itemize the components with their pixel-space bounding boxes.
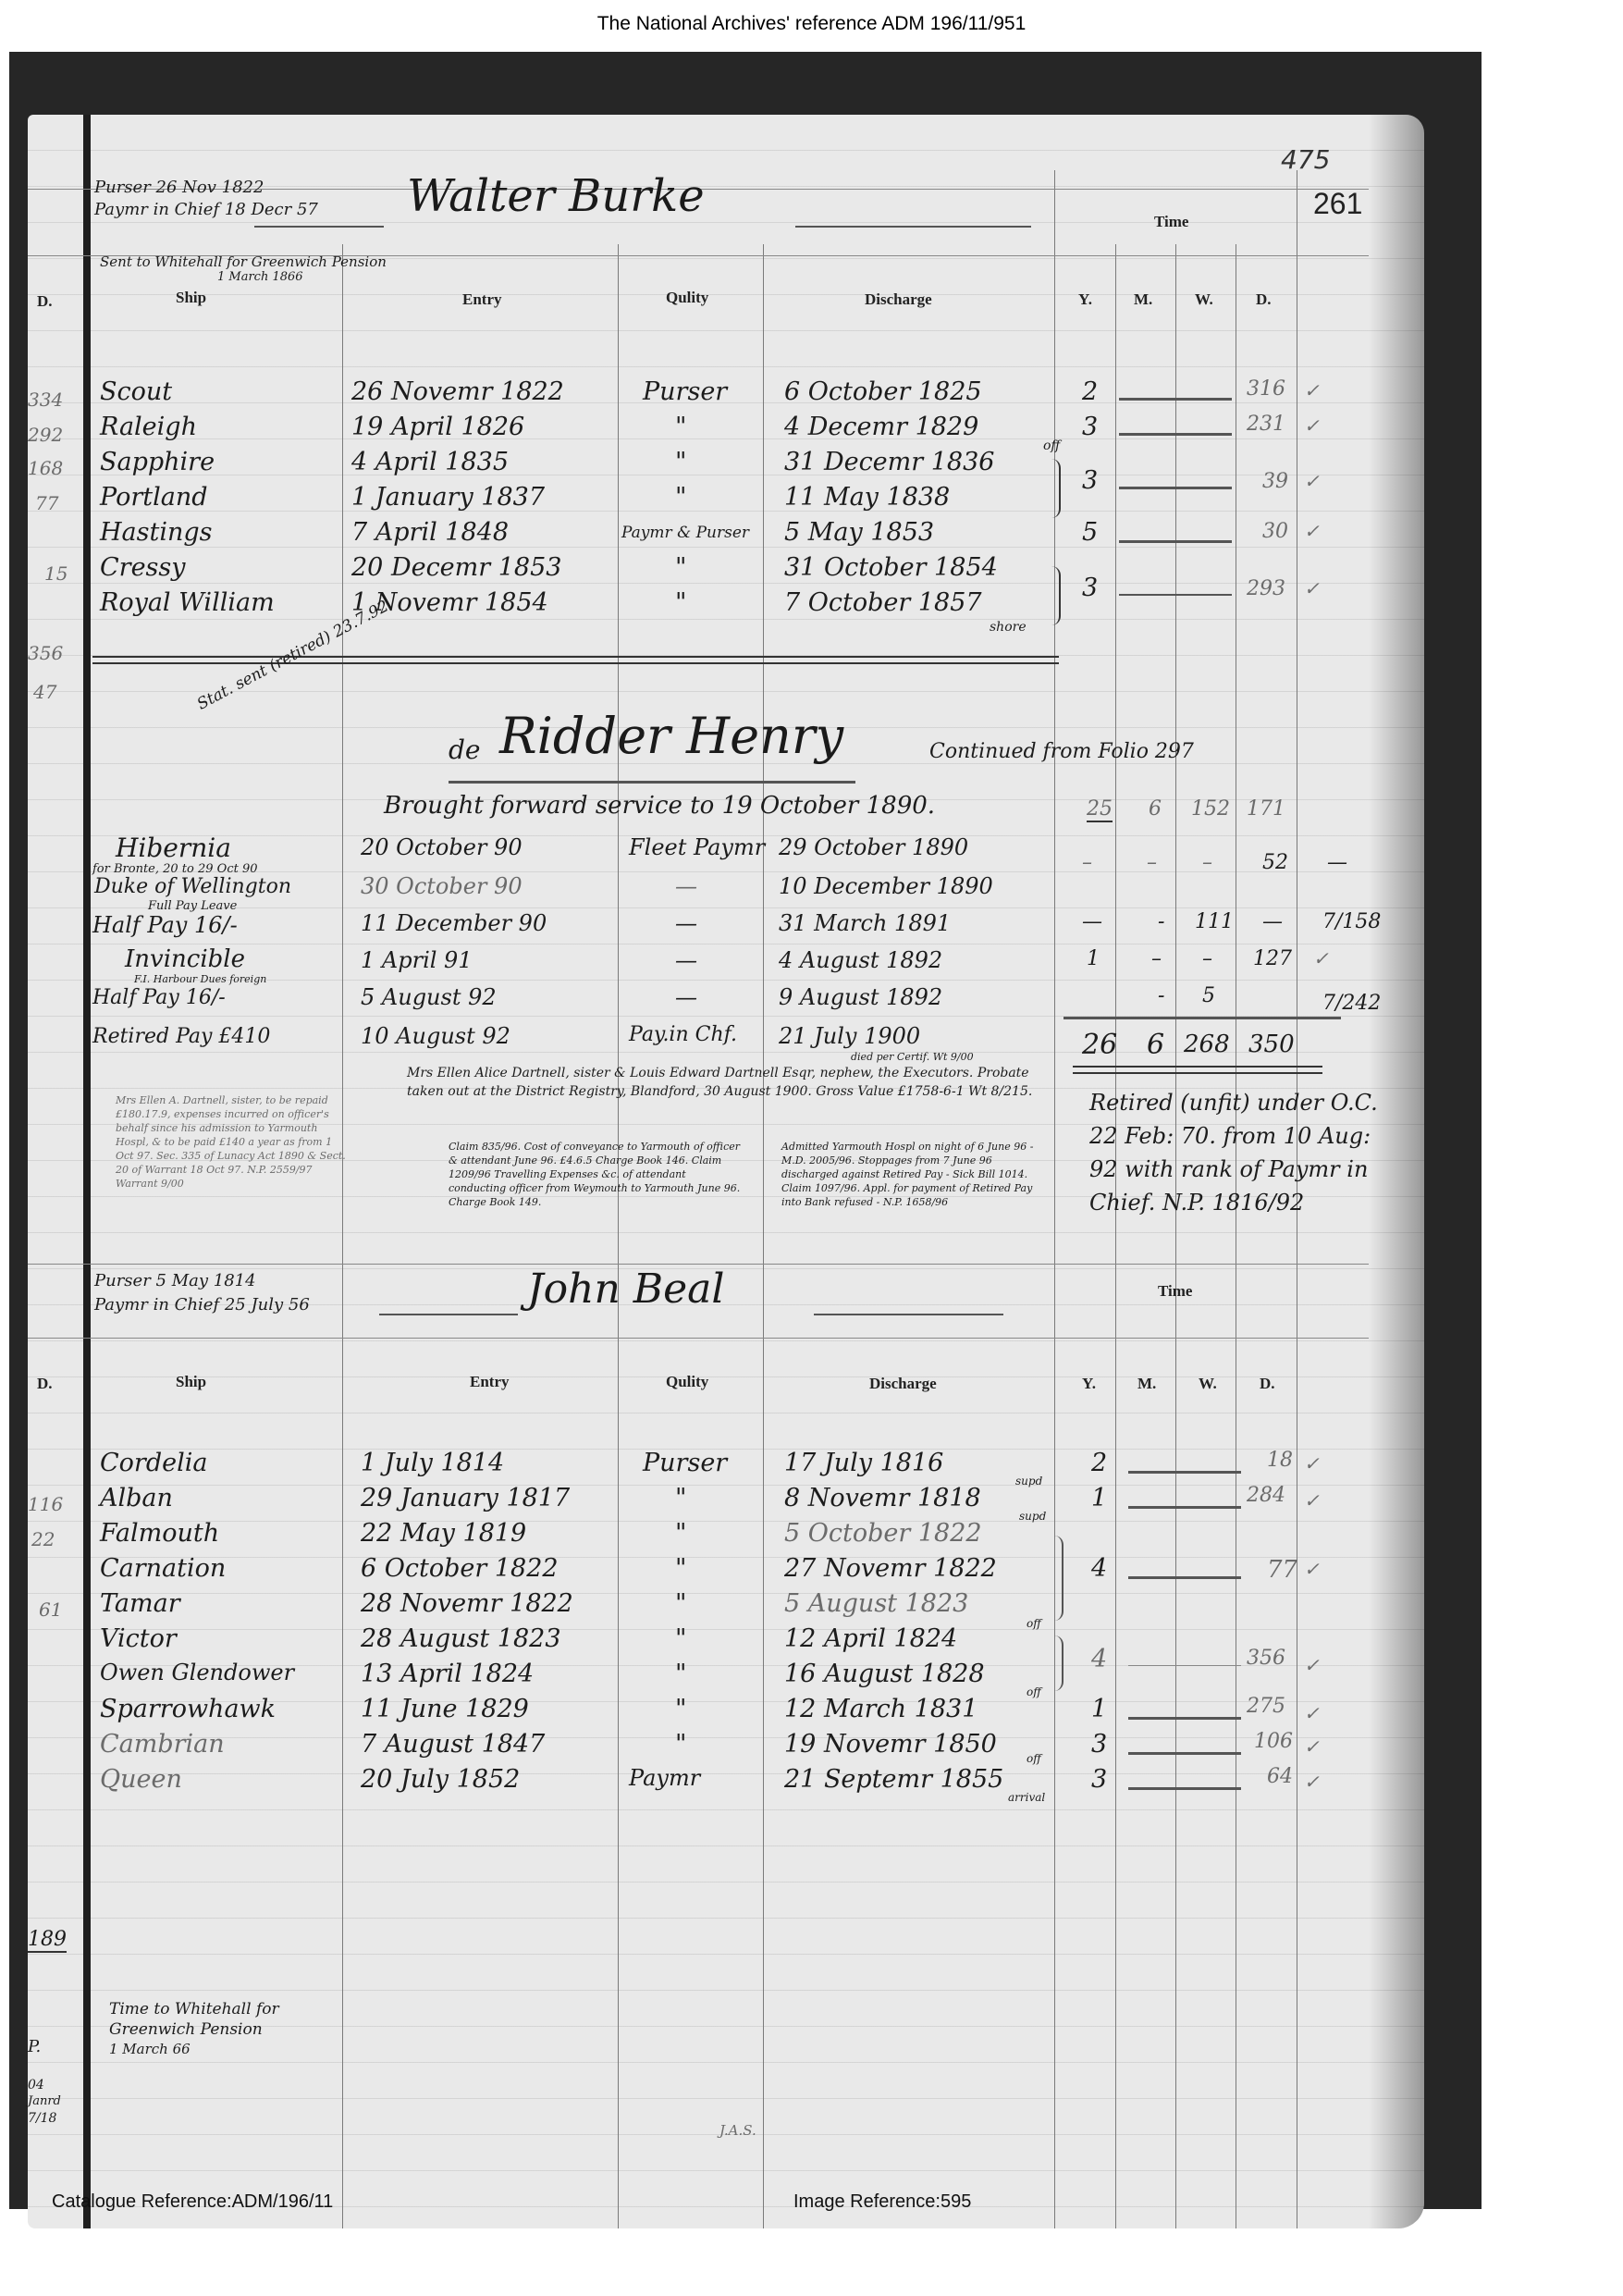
discharge-date: 11 May 1838 xyxy=(784,483,950,512)
entry-date: 20 July 1852 xyxy=(361,1765,520,1794)
discharge-date: 4 Decemr 1829 xyxy=(784,413,978,441)
dash-rule xyxy=(1119,540,1232,543)
continued-from-note: Continued from Folio 297 xyxy=(929,740,1194,763)
header-m: M. xyxy=(1134,290,1152,309)
discharge-date: 8 Novemr 1818 xyxy=(784,1484,981,1512)
ship-name: Victor xyxy=(100,1624,177,1653)
quality: Fleet Paymr xyxy=(629,834,765,860)
brought-forward-months: 6 xyxy=(1149,797,1162,821)
column-divider-quality-discharge xyxy=(763,244,764,2228)
ship-name: Falmouth xyxy=(100,1519,219,1548)
discharge-date: 21 Septemr 1855 xyxy=(784,1765,1003,1794)
header-ship: Ship xyxy=(176,289,206,307)
entry-date: 5 August 92 xyxy=(361,984,497,1010)
years: 3 xyxy=(1091,1730,1107,1759)
margin-note: 04 xyxy=(28,2078,44,2092)
header-quality: Qulity xyxy=(666,1373,708,1391)
brought-forward-weeks: 152 xyxy=(1191,797,1230,821)
days: 316 xyxy=(1247,377,1285,401)
dash-rule xyxy=(1128,1471,1241,1474)
dash-rule xyxy=(1119,433,1232,436)
pension-note-line-3: 1 March 66 xyxy=(109,2041,191,2057)
clerk-initials: J.A.S. xyxy=(719,2122,756,2139)
totals-rule xyxy=(1064,1017,1341,1019)
claim-note: Claim 835/96. Cost of conveyance to Yarm… xyxy=(449,1140,744,1209)
check-mark-icon: ✓ xyxy=(1304,379,1320,401)
discharge-date: 16 August 1828 xyxy=(784,1660,985,1688)
extra-mark: 7/158 xyxy=(1322,910,1381,933)
name-underline-left xyxy=(254,226,384,228)
check-mark-icon: ✓ xyxy=(1304,1702,1320,1724)
bracket xyxy=(1052,1536,1064,1621)
entry-date: 1 July 1814 xyxy=(361,1449,504,1477)
section1-side-note-1: Purser 26 Nov 1822 xyxy=(94,178,264,197)
quality: Purser xyxy=(643,1449,727,1477)
discharge-date: 21 July 1900 xyxy=(779,1023,920,1049)
discharge-date: 12 March 1831 xyxy=(784,1695,977,1723)
ship-name: Royal William xyxy=(100,588,275,617)
header-ship: Ship xyxy=(176,1373,206,1391)
years: 3 xyxy=(1091,1765,1107,1794)
header-w: W. xyxy=(1199,1375,1217,1393)
months: - xyxy=(1158,910,1164,933)
section2-end-rule xyxy=(28,1264,1369,1265)
years: 4 xyxy=(1091,1645,1107,1673)
days: 18 xyxy=(1267,1449,1293,1472)
quality: Purser xyxy=(643,377,727,406)
total-weeks: 268 xyxy=(1184,1031,1230,1058)
dash-rule xyxy=(1128,1717,1241,1720)
quality-ditto: " xyxy=(675,413,686,441)
discharge-date: 7 October 1857 xyxy=(784,588,982,617)
header-quality: Qulity xyxy=(666,289,708,307)
bracket xyxy=(1052,1636,1064,1691)
dash-rule xyxy=(1128,1506,1241,1509)
ship-name: Sapphire xyxy=(100,448,215,476)
discharge-date: 17 July 1816 xyxy=(784,1449,943,1477)
section3-side-note-1: Purser 5 May 1814 xyxy=(94,1271,256,1290)
days: — xyxy=(1262,910,1283,933)
quality: Paymr & Purser xyxy=(621,524,749,542)
years: 2 xyxy=(1091,1449,1107,1477)
discharge-note: supd xyxy=(1019,1510,1046,1523)
ship-name: Tamar xyxy=(100,1589,180,1618)
section1-end-rule xyxy=(92,656,1059,664)
header-y: Y. xyxy=(1082,1375,1096,1393)
ship-sub-note: Full Pay Leave xyxy=(148,899,237,913)
check-mark-icon: ✓ xyxy=(1304,577,1320,599)
days: 284 xyxy=(1247,1484,1285,1507)
weeks: – xyxy=(1202,851,1212,874)
margin-number: 22 xyxy=(31,1528,55,1550)
entry-date: 19 April 1826 xyxy=(351,413,524,441)
folio-number: 475 xyxy=(1281,144,1330,175)
scanned-ledger-page: 475 261 Purser 26 Nov 1822 Paymr in Chie… xyxy=(9,52,1482,2209)
ship-name: Half Pay 16/- xyxy=(92,986,226,1009)
ledger-sheet: 475 261 Purser 26 Nov 1822 Paymr in Chie… xyxy=(28,115,1424,2228)
time-header: Time xyxy=(1158,1282,1192,1301)
years: 5 xyxy=(1082,518,1098,547)
quality-ditto: " xyxy=(675,1660,686,1688)
image-reference: Image Reference:595 xyxy=(793,2191,971,2213)
header-d: D. xyxy=(1260,1375,1275,1393)
quality-ditto: — xyxy=(675,984,697,1010)
brought-forward-text: Brought forward service to 19 October 18… xyxy=(384,792,935,820)
pension-note-line-2: Greenwich Pension xyxy=(109,2020,263,2039)
dash-rule xyxy=(1128,1665,1241,1666)
section3-officer-name: John Beal xyxy=(527,1265,724,1313)
margin-number: 61 xyxy=(39,1599,62,1621)
entry-date: 6 October 1822 xyxy=(361,1554,559,1583)
ship-name: Half Pay 16/- xyxy=(92,912,238,938)
bracket xyxy=(1050,566,1061,625)
name-underline-left xyxy=(379,1314,518,1315)
column-divider-w-d xyxy=(1236,244,1236,2228)
brought-forward-days: 171 xyxy=(1247,797,1285,821)
dash-rule xyxy=(1128,1576,1241,1579)
dash-rule xyxy=(1119,594,1232,596)
quality: Pay.in Chf. xyxy=(629,1023,737,1046)
entry-date: 1 April 91 xyxy=(361,947,473,973)
dash-rule xyxy=(1128,1752,1241,1755)
entry-date: 1 January 1837 xyxy=(351,483,545,512)
binding-edge xyxy=(83,115,91,2228)
probate-note: Mrs Ellen Alice Dartnell, sister & Louis… xyxy=(407,1064,1045,1101)
years: 1 xyxy=(1091,1484,1107,1512)
section1-header-note-2: 1 March 1866 xyxy=(217,270,303,284)
entry-date: 11 December 90 xyxy=(361,910,547,936)
name-underline-right xyxy=(814,1314,1003,1315)
weeks: – xyxy=(1202,947,1212,970)
hospital-note: Admitted Yarmouth Hospl on night of 6 Ju… xyxy=(781,1140,1040,1209)
extra-mark: 7/242 xyxy=(1322,992,1381,1015)
check-mark-icon: ✓ xyxy=(1304,520,1320,542)
discharge-date: 31 October 1854 xyxy=(784,553,998,582)
entry-date: 29 January 1817 xyxy=(361,1484,570,1512)
days: 64 xyxy=(1267,1765,1293,1788)
check-mark-icon: ✓ xyxy=(1304,1735,1320,1758)
entry-date: 30 October 90 xyxy=(361,873,523,899)
quality-ditto: " xyxy=(675,483,686,512)
repayment-note: Mrs Ellen A. Dartnell, sister, to be rep… xyxy=(116,1093,347,1191)
ship-name: Raleigh xyxy=(100,413,197,441)
discharge-date: 31 March 1891 xyxy=(779,910,951,936)
bracket xyxy=(1050,459,1061,518)
ship-name: Alban xyxy=(100,1484,173,1512)
total-months: 6 xyxy=(1147,1029,1164,1061)
discharge-note: off xyxy=(1043,438,1060,453)
header-w: W. xyxy=(1195,290,1213,309)
header-entry: Entry xyxy=(462,290,502,309)
years: 1 xyxy=(1091,1695,1107,1723)
section1-officer-name: Walter Burke xyxy=(407,170,705,222)
header-discharge: Discharge xyxy=(865,290,932,309)
margin-number: 77 xyxy=(35,492,58,514)
quality-ditto: " xyxy=(675,1695,686,1723)
entry-date: 26 Novemr 1822 xyxy=(351,377,564,406)
column-divider-ship-entry xyxy=(342,244,343,2228)
ship-name: Retired Pay £410 xyxy=(92,1025,270,1048)
discharge-date: 10 December 1890 xyxy=(779,873,993,899)
days: 106 xyxy=(1254,1730,1293,1753)
days: 39 xyxy=(1262,470,1288,493)
years: 3 xyxy=(1082,413,1098,441)
discharge-note: off xyxy=(1027,1685,1041,1698)
check-mark-icon: ✓ xyxy=(1304,414,1320,437)
weeks: 5 xyxy=(1202,984,1215,1007)
margin-number: 292 xyxy=(28,424,63,446)
margin-number: 189 xyxy=(28,1928,67,1953)
months: - xyxy=(1158,984,1164,1007)
ship-sub-note: F.I. Harbour Dues foreign xyxy=(134,973,266,985)
ship-name: Sparrowhawk xyxy=(100,1695,276,1723)
entry-date: 20 October 90 xyxy=(361,834,523,860)
section2-officer-name: Ridder Henry xyxy=(499,707,843,765)
discharge-date: 19 Novemr 1850 xyxy=(784,1730,997,1759)
ship-name: Hastings xyxy=(100,518,213,547)
margin-number: 116 xyxy=(28,1493,63,1515)
ship-name: Hibernia xyxy=(116,833,231,863)
section1-side-note-2: Paymr in Chief 18 Decr 57 xyxy=(94,200,318,219)
ship-name: Cressy xyxy=(100,553,186,582)
column-divider-entry-quality xyxy=(618,244,619,2228)
weeks: 111 xyxy=(1195,910,1234,933)
quality-ditto: " xyxy=(675,1484,686,1512)
column-divider-y-m xyxy=(1115,244,1116,2228)
quality-ditto: " xyxy=(675,1519,686,1548)
check-mark-icon: ✓ xyxy=(1304,470,1320,492)
margin-number: 47 xyxy=(33,681,56,703)
entry-date: 10 August 92 xyxy=(361,1023,510,1049)
header-discharge: Discharge xyxy=(869,1375,937,1393)
ship-name: Queen xyxy=(100,1765,182,1794)
years: — xyxy=(1082,910,1102,933)
check-mark-icon: ✓ xyxy=(1304,1654,1320,1676)
time-header: Time xyxy=(1154,213,1188,231)
entry-date: 11 June 1829 xyxy=(361,1695,529,1723)
pension-note-line-1: Time to Whitehall for xyxy=(109,2000,279,2018)
days: 231 xyxy=(1247,413,1285,436)
days: 77 xyxy=(1267,1556,1297,1584)
discharge-date: 31 Decemr 1836 xyxy=(784,448,994,476)
quality-ditto: " xyxy=(675,1589,686,1618)
catalogue-reference: Catalogue Reference:ADM/196/11 xyxy=(52,2191,333,2213)
discharge-date: 4 August 1892 xyxy=(779,947,942,973)
years: – xyxy=(1082,851,1092,874)
ship-name: Portland xyxy=(100,483,208,512)
years: 3 xyxy=(1082,574,1098,602)
years: 3 xyxy=(1082,466,1098,495)
totals-double-rule xyxy=(1073,1066,1322,1074)
months: – xyxy=(1151,947,1162,970)
discharge-date: 5 August 1823 xyxy=(784,1589,968,1618)
quality-ditto: " xyxy=(675,588,686,617)
ship-name: Duke of Wellington xyxy=(94,875,291,898)
check-mark-icon: ✓ xyxy=(1304,1558,1320,1580)
check-mark-icon: ✓ xyxy=(1304,1489,1320,1512)
discharge-note: off xyxy=(1027,1752,1041,1765)
ship-name: Owen Glendower xyxy=(100,1660,294,1685)
name-underline-right xyxy=(795,226,1031,228)
header-d-left: D. xyxy=(37,1375,53,1393)
ship-name: Cordelia xyxy=(100,1449,207,1477)
days: 52 xyxy=(1262,851,1288,874)
ship-name: Carnation xyxy=(100,1554,226,1583)
section3-header-rule xyxy=(28,1338,1369,1339)
death-note: died per Certif. Wt 9/00 xyxy=(851,1051,974,1063)
quality: Paymr xyxy=(629,1765,700,1791)
total-days: 350 xyxy=(1248,1031,1295,1058)
margin-note: P. xyxy=(28,2037,41,2056)
discharge-date: 27 Novemr 1822 xyxy=(784,1554,997,1583)
entry-date: 28 August 1823 xyxy=(361,1624,561,1653)
header-d: D. xyxy=(1256,290,1272,309)
check-mark-icon: ✓ xyxy=(1304,1771,1320,1793)
entry-date: 7 April 1848 xyxy=(351,518,509,547)
quality-ditto: " xyxy=(675,448,686,476)
months: – xyxy=(1147,851,1157,874)
days: 127 xyxy=(1253,947,1292,970)
margin-number: 334 xyxy=(28,389,63,411)
years: 1 xyxy=(1087,947,1100,970)
section1-header-note-1: Sent to Whitehall for Greenwich Pension xyxy=(100,253,387,270)
header-d-left: D. xyxy=(37,292,53,311)
years: 2 xyxy=(1082,377,1098,406)
entry-date: 13 April 1824 xyxy=(361,1660,534,1688)
header-entry: Entry xyxy=(470,1373,510,1391)
total-years: 26 xyxy=(1082,1029,1117,1061)
section3-side-note-2: Paymr in Chief 25 July 56 xyxy=(94,1295,310,1315)
entry-date: 4 April 1835 xyxy=(351,448,509,476)
header-m: M. xyxy=(1137,1375,1156,1393)
discharge-note: arrival xyxy=(1008,1791,1045,1804)
discharge-note: shore xyxy=(990,620,1027,635)
margin-note: 7/18 xyxy=(28,2111,56,2126)
quality-ditto: — xyxy=(675,910,697,936)
ship-name: Cambrian xyxy=(100,1730,225,1759)
name-underline xyxy=(449,781,855,784)
retirement-note: Retired (unfit) under O.C. 22 Feb: 70. f… xyxy=(1089,1086,1395,1219)
discharge-note: off xyxy=(1027,1617,1041,1630)
header-y: Y. xyxy=(1078,290,1092,309)
archive-caption: The National Archives' reference ADM 196… xyxy=(0,13,1623,35)
discharge-date: 9 August 1892 xyxy=(779,984,942,1010)
margin-number: 15 xyxy=(44,562,68,585)
quality-ditto: " xyxy=(675,1624,686,1653)
days: 356 xyxy=(1247,1647,1285,1670)
years: 4 xyxy=(1091,1554,1107,1583)
extra-mark: — xyxy=(1327,851,1347,874)
quality-ditto: " xyxy=(675,1730,686,1759)
section2-name-prefix: de xyxy=(449,734,481,765)
ship-name: Scout xyxy=(100,377,172,406)
check-mark-icon: ✓ xyxy=(1313,947,1329,969)
discharge-note: supd xyxy=(1015,1475,1042,1487)
margin-number: 168 xyxy=(28,457,63,479)
discharge-date: 6 October 1825 xyxy=(784,377,982,406)
margin-note: Janrd xyxy=(28,2094,61,2108)
page-number: 261 xyxy=(1313,187,1362,221)
quality-ditto: " xyxy=(675,553,686,582)
ship-sub-note: for Bronte, 20 to 29 Oct 90 xyxy=(92,862,258,876)
days: 293 xyxy=(1247,577,1285,600)
entry-date: 28 Novemr 1822 xyxy=(361,1589,573,1618)
discharge-date: 12 April 1824 xyxy=(784,1624,957,1653)
brought-forward-years: 25 xyxy=(1087,797,1113,822)
quality-ditto: " xyxy=(675,1554,686,1583)
margin-number: 356 xyxy=(28,642,63,664)
entry-date: 20 Decemr 1853 xyxy=(351,553,561,582)
dash-rule xyxy=(1128,1787,1241,1790)
days: 30 xyxy=(1262,520,1288,543)
dash-rule xyxy=(1119,487,1232,489)
quality-ditto: — xyxy=(675,947,697,973)
ship-name: Invincible xyxy=(125,945,245,973)
days: 275 xyxy=(1247,1695,1285,1718)
entry-date: 7 August 1847 xyxy=(361,1730,545,1759)
entry-date: 22 May 1819 xyxy=(361,1519,526,1548)
quality-ditto: — xyxy=(675,873,697,899)
discharge-date: 5 October 1822 xyxy=(784,1519,982,1548)
discharge-date: 5 May 1853 xyxy=(784,518,934,547)
dash-rule xyxy=(1119,398,1232,401)
check-mark-icon: ✓ xyxy=(1304,1452,1320,1475)
discharge-date: 29 October 1890 xyxy=(779,834,968,860)
